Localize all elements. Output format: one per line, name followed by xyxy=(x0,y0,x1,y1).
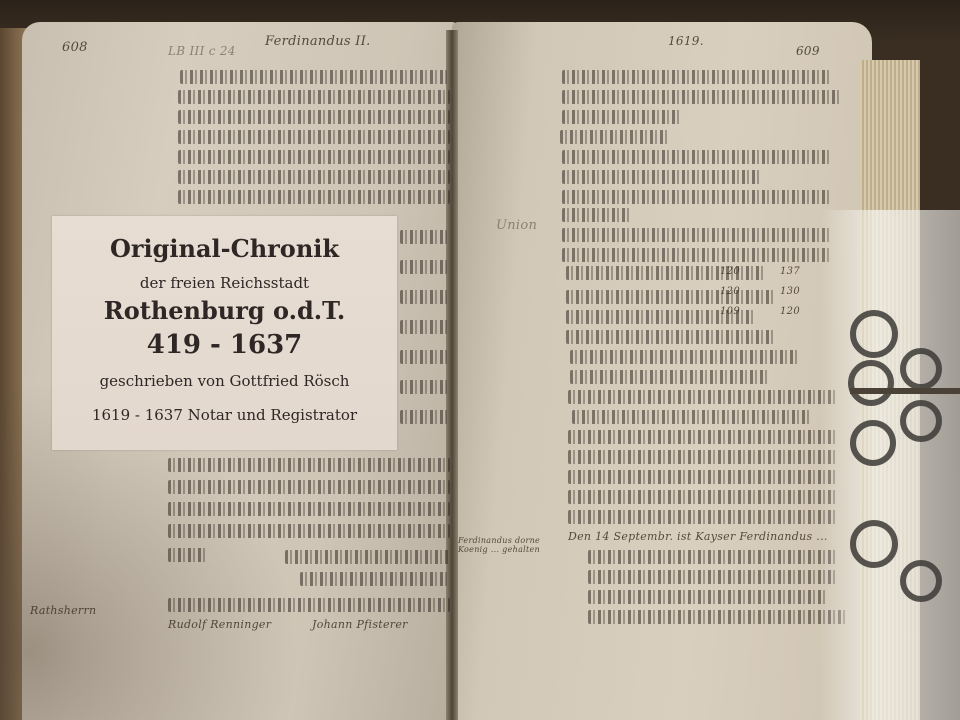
handwriting-line xyxy=(300,572,450,586)
year-head: 1619. xyxy=(668,34,704,48)
handwriting-line xyxy=(562,90,842,104)
handwriting-line xyxy=(566,330,776,344)
handwriting-line xyxy=(566,290,776,304)
right-page-number: 609 xyxy=(796,44,820,58)
handwriting-line xyxy=(568,510,838,524)
handwriting-line xyxy=(560,130,670,144)
handwriting-line xyxy=(180,70,450,84)
handwriting-line xyxy=(570,370,770,384)
handwriting-line xyxy=(562,170,762,184)
tally-109: 109 xyxy=(720,306,740,317)
tally-120c: 120 xyxy=(780,306,800,317)
handwriting-line xyxy=(168,598,450,612)
label-subtitle: der freien Reichsstadt xyxy=(52,274,397,292)
handwriting-line xyxy=(168,480,450,494)
handwriting-line xyxy=(178,90,450,104)
handwriting-line xyxy=(568,430,838,444)
tally-130: 130 xyxy=(780,286,800,297)
handwriting-line xyxy=(168,502,450,516)
ironwork-bar xyxy=(850,388,960,394)
handwriting-line xyxy=(400,290,448,304)
handwriting-line xyxy=(562,228,830,242)
handwriting-line xyxy=(168,548,208,562)
handwriting-line xyxy=(178,170,450,184)
tally-137: 137 xyxy=(780,266,800,277)
date-entry: Den 14 Septembr. ist Kayser Ferdinandus … xyxy=(568,530,828,543)
label-years: 419 - 1637 xyxy=(52,330,397,360)
handwriting-line xyxy=(168,524,450,538)
handwriting-line xyxy=(178,190,450,204)
handwriting-line xyxy=(568,470,838,484)
margin-note-bottom-right: Ferdinandus dorne Koenig ... gehalten xyxy=(458,536,568,554)
handwriting-line xyxy=(178,130,450,144)
handwriting-line xyxy=(400,410,448,424)
handwriting-line xyxy=(568,450,838,464)
handwriting-line xyxy=(562,150,830,164)
margin-note-union: Union xyxy=(496,218,537,233)
label-card: Original-Chronik der freien Reichsstadt … xyxy=(52,216,397,450)
handwriting-line xyxy=(562,208,632,222)
label-role: 1619 - 1637 Notar und Registrator xyxy=(52,406,397,424)
handwriting-line xyxy=(400,230,448,244)
label-title: Original-Chronik xyxy=(52,234,397,263)
handwriting-line xyxy=(572,410,812,424)
handwriting-line xyxy=(562,190,830,204)
running-head: Ferdinandus II. xyxy=(265,34,371,49)
tally-120b: 120 xyxy=(720,286,740,297)
handwriting-line xyxy=(588,590,828,604)
handwriting-line xyxy=(562,70,832,84)
tally-120a: 120 xyxy=(720,266,740,277)
signature-1: Rudolf Renninger xyxy=(168,618,271,631)
handwriting-line xyxy=(562,110,682,124)
handwriting-line xyxy=(178,110,450,124)
handwriting-line xyxy=(588,610,848,624)
handwriting-line xyxy=(400,320,448,334)
shelfmark: LB III c 24 xyxy=(168,44,236,58)
handwriting-line xyxy=(400,260,448,274)
handwriting-line xyxy=(588,550,838,564)
handwriting-line xyxy=(562,248,830,262)
handwriting-line xyxy=(168,458,450,472)
handwriting-line xyxy=(285,550,450,564)
handwriting-line xyxy=(400,380,448,394)
handwriting-line xyxy=(568,490,838,504)
handwriting-line xyxy=(588,570,838,584)
ironwork-reflection-icon xyxy=(830,300,960,640)
handwriting-line xyxy=(570,350,800,364)
handwriting-line xyxy=(400,350,448,364)
left-page-number: 608 xyxy=(62,40,88,55)
signature-2: Johann Pfisterer xyxy=(312,618,408,631)
label-author: geschrieben von Gottfried Rösch xyxy=(52,372,397,390)
handwriting-line xyxy=(178,150,450,164)
label-city: Rothenburg o.d.T. xyxy=(52,296,397,325)
margin-note-left: Rathsherrn xyxy=(30,604,96,617)
handwriting-line xyxy=(568,390,838,404)
